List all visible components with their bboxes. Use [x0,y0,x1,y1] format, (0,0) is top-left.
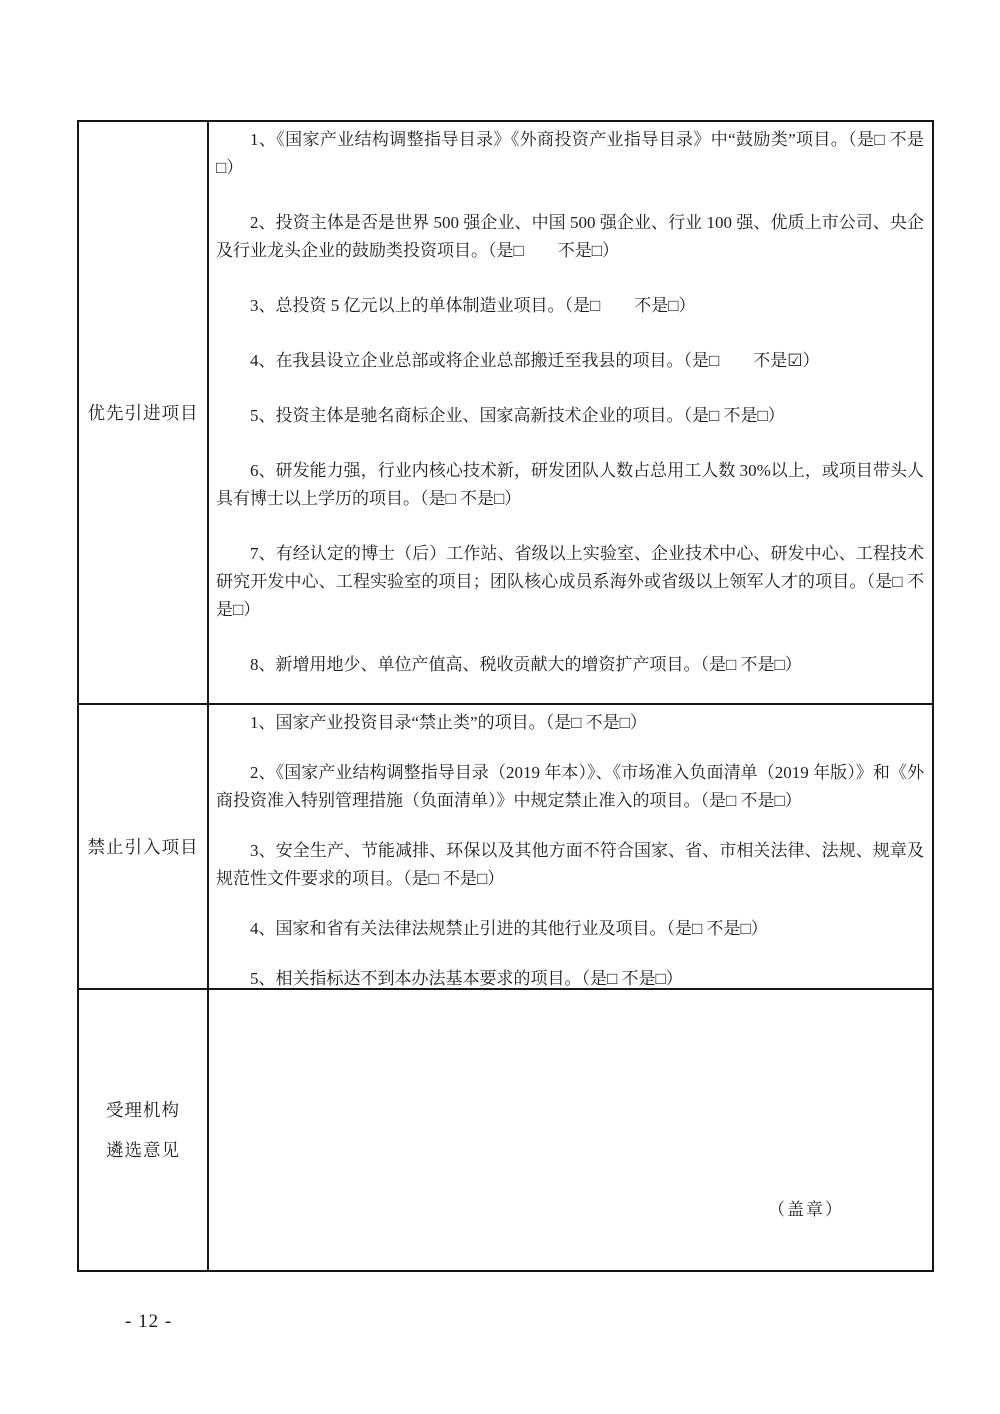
criteria-item: 8、新增用地少、单位产值高、税收贡献大的增资扩产项目。（是□ 不是□） [216,651,924,679]
stamp-placeholder-label: （盖章） [768,1195,844,1220]
table-row-agency-opinion: 受理机构 遴选意见 （盖章） [79,988,932,1270]
table-row-prohibited-projects: 禁止引入项目 1、国家产业投资目录“禁止类”的项目。（是□ 不是□） 2、《国家… [79,703,932,988]
row-label-text: 优先引进项目 [88,400,199,426]
row-content-agency-opinion: （盖章） [209,990,932,1270]
row-label-text-line1: 受理机构 [106,1097,180,1123]
criteria-item: 2、《国家产业结构调整指导目录（2019 年本）》、《市场准入负面清单（2019… [216,759,924,815]
criteria-item: 6、研发能力强，行业内核心技术新，研发团队人数占总用工人数 30%以上，或项目带… [216,457,924,513]
row-content-prohibited-projects: 1、国家产业投资目录“禁止类”的项目。（是□ 不是□） 2、《国家产业结构调整指… [209,705,932,988]
row-label-text-line2: 遴选意见 [106,1137,180,1163]
row-content-priority-projects: 1、《国家产业结构调整指导目录》《外商投资产业指导目录》中“鼓励类”项目。（是□… [209,122,932,703]
criteria-item: 2、投资主体是否是世界 500 强企业、中国 500 强企业、行业 100 强、… [216,209,924,265]
criteria-item: 7、有经认定的博士（后）工作站、省级以上实验室、企业技术中心、研发中心、工程技术… [216,540,924,624]
row-label-priority-projects: 优先引进项目 [79,122,209,703]
criteria-item: 3、总投资 5 亿元以上的单体制造业项目。（是□ 不是□） [216,292,924,320]
row-label-agency-opinion: 受理机构 遴选意见 [79,990,209,1270]
table-row-priority-projects: 优先引进项目 1、《国家产业结构调整指导目录》《外商投资产业指导目录》中“鼓励类… [79,122,932,703]
criteria-item: 5、投资主体是驰名商标企业、国家高新技术企业的项目。（是□ 不是□） [216,402,924,430]
criteria-item: 4、国家和省有关法律法规禁止引进的其他行业及项目。（是□ 不是□） [216,915,924,943]
criteria-item: 5、相关指标达不到本办法基本要求的项目。（是□ 不是□） [216,965,924,988]
criteria-item: 4、在我县设立企业总部或将企业总部搬迁至我县的项目。（是□ 不是☑） [216,347,924,375]
criteria-item: 1、国家产业投资目录“禁止类”的项目。（是□ 不是□） [216,709,924,737]
criteria-table: 优先引进项目 1、《国家产业结构调整指导目录》《外商投资产业指导目录》中“鼓励类… [77,120,934,1272]
criteria-item: 1、《国家产业结构调整指导目录》《外商投资产业指导目录》中“鼓励类”项目。（是□… [216,126,924,182]
criteria-item: 3、安全生产、节能减排、环保以及其他方面不符合国家、省、市相关法律、法规、规章及… [216,837,924,893]
row-label-prohibited-projects: 禁止引入项目 [79,705,209,988]
page-number: - 12 - [125,1311,172,1333]
row-label-text: 禁止引入项目 [88,834,199,860]
